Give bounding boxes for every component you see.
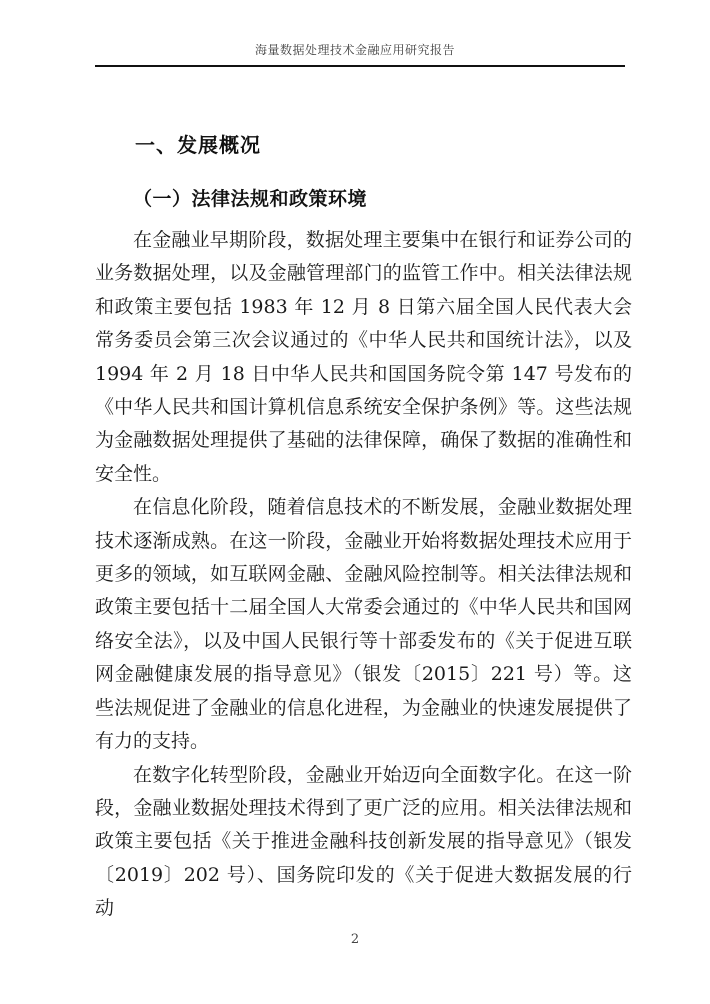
body-paragraph: 在数字化转型阶段，金融业开始迈向全面数字化。在这一阶段，金融业数据处理技术得到了…	[95, 759, 632, 926]
body-text: 在金融业早期阶段，数据处理主要集中在银行和证券公司的业务数据处理，以及金融管理部…	[95, 224, 632, 926]
body-paragraph: 在金融业早期阶段，数据处理主要集中在银行和证券公司的业务数据处理，以及金融管理部…	[95, 224, 632, 491]
header-rule	[95, 65, 625, 67]
subsection-heading: （一）法律法规和政策环境	[95, 184, 632, 211]
section-heading: 一、发展概况	[95, 129, 632, 158]
running-header-title: 海量数据处理技术金融应用研究报告	[0, 41, 710, 58]
document-page: 海量数据处理技术金融应用研究报告 一、发展概况 （一）法律法规和政策环境 在金融…	[0, 0, 710, 1004]
page-number: 2	[0, 932, 710, 947]
body-paragraph: 在信息化阶段，随着信息技术的不断发展，金融业数据处理技术逐渐成熟。在这一阶段，金…	[95, 491, 632, 758]
